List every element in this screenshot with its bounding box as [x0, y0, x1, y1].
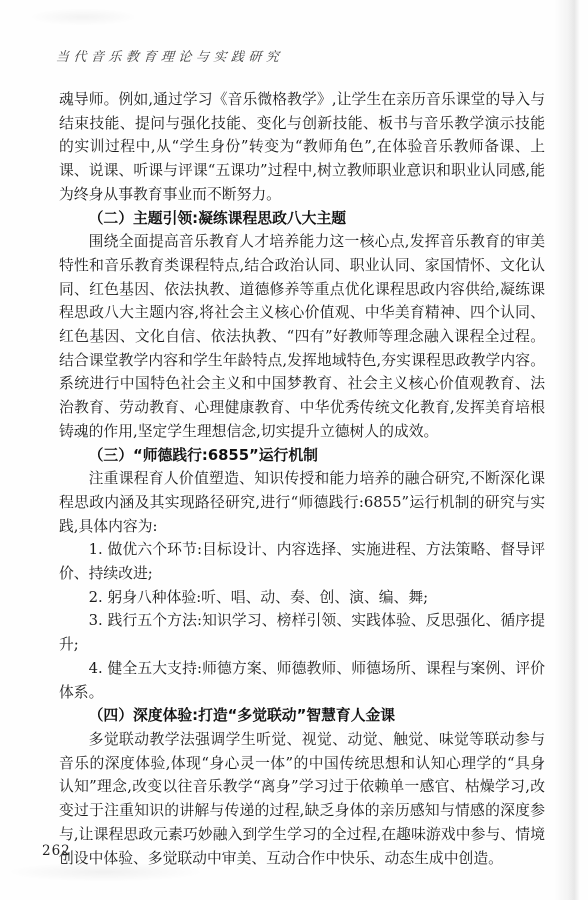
heading: （四）深度体验:打造“多觉联动”智慧育人金课	[59, 704, 545, 728]
scan-smudge-top	[28, 8, 138, 26]
paragraph-continuation: 魂导师。例如,通过学习《音乐微格教学》,让学生在亲历音乐课堂的导入与结束技能、提…	[59, 88, 545, 207]
running-header-title: 当代音乐教育理论与实践研究	[55, 46, 284, 65]
list-item: 1. 做优六个环节:目标设计、内容选择、实施进程、方法策略、督导评价、持续改进;	[59, 538, 545, 585]
list-item: 4. 健全五大支持:师德方案、师德教师、师德场所、课程与案例、评价体系。	[59, 657, 545, 704]
page-edge-shadow	[554, 0, 580, 900]
paragraph: 注重课程育人价值塑造、知识传授和能力培养的融合研究,不断深化课程思政内涵及其实现…	[59, 467, 545, 538]
book-page: 当代音乐教育理论与实践研究 魂导师。例如,通过学习《音乐微格教学》,让学生在亲历…	[0, 0, 588, 900]
heading: （二）主题引领:凝练课程思政八大主题	[59, 207, 545, 231]
paragraph: 围绕全面提高音乐教育人才培养能力这一核心点,发挥音乐教育的审美特性和音乐教育类课…	[59, 230, 545, 443]
heading: （三）“师德践行:6855”运行机制	[59, 444, 545, 468]
list-item: 3. 践行五个方法:知识学习、榜样引领、实践体验、反思强化、循序提升;	[59, 609, 545, 656]
list-item: 2. 躬身八种体验:听、唱、动、奏、创、演、编、舞;	[59, 586, 545, 610]
paragraph: 多觉联动教学法强调学生听觉、视觉、动觉、触觉、味觉等联动参与音乐的深度体验,体现…	[59, 728, 545, 870]
page-body: 魂导师。例如,通过学习《音乐微格教学》,让学生在亲历音乐课堂的导入与结束技能、提…	[59, 88, 545, 870]
page-number: 262	[42, 843, 71, 859]
